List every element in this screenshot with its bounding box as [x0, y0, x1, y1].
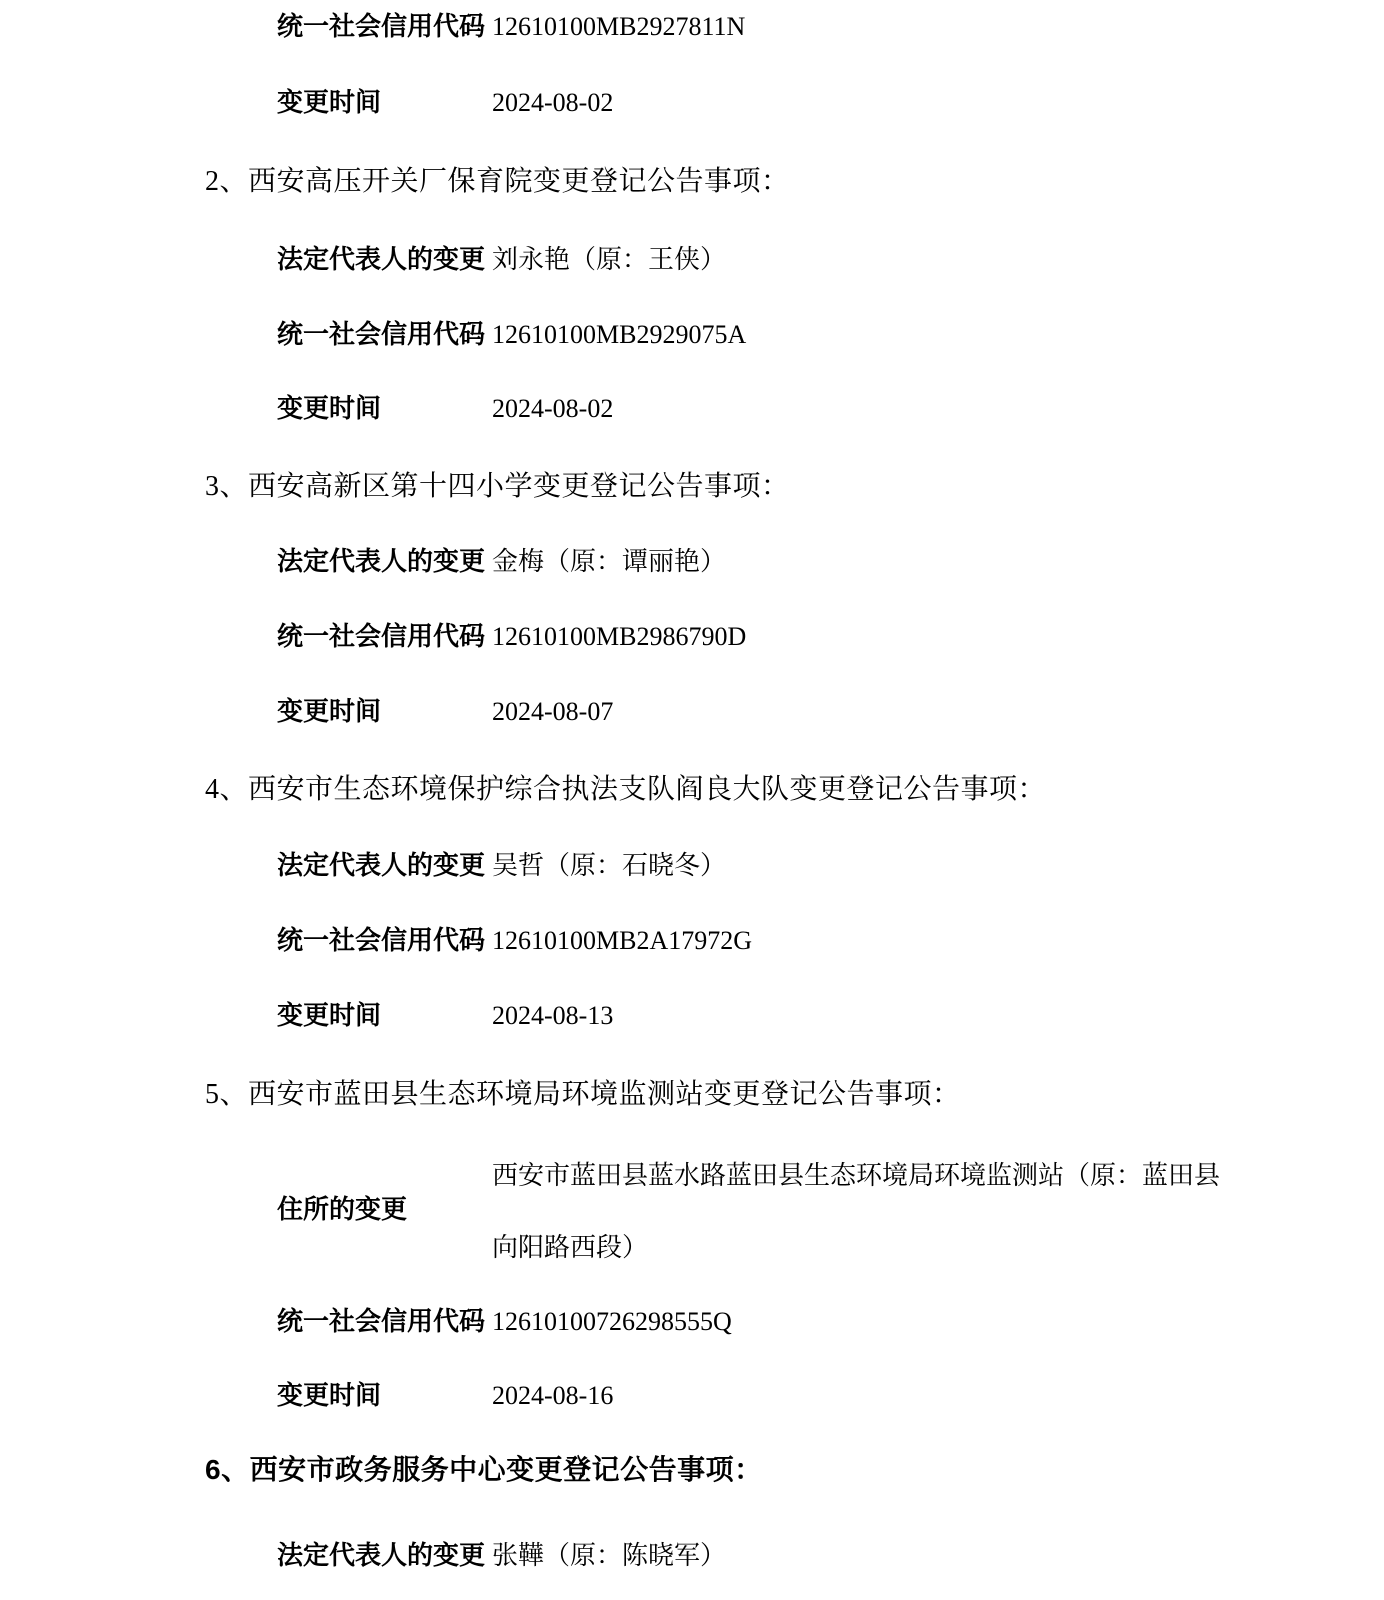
- field-row: 统一社会信用代码 12610100MB2A17972G: [277, 924, 485, 958]
- field-value: 12610100726298555Q: [492, 1305, 732, 1339]
- field-label: 统一社会信用代码: [277, 1305, 485, 1339]
- field-row: 变更时间 2024-08-16: [277, 1379, 381, 1413]
- field-row: 统一社会信用代码 12610100MB2927811N: [277, 10, 485, 44]
- field-label: 统一社会信用代码: [277, 620, 485, 654]
- field-row: 变更时间 2024-08-02: [277, 86, 381, 120]
- field-label: 法定代表人的变更: [277, 243, 485, 277]
- field-row: 变更时间 2024-08-13: [277, 999, 381, 1033]
- item-heading: 6、西安市政务服务中心变更登记公告事项：: [205, 1453, 763, 1487]
- field-value: 西安市蓝田县蓝水路蓝田县生态环境局环境监测站（原：蓝田县向阳路西段）: [492, 1140, 1222, 1284]
- field-row: 统一社会信用代码 12610100726298555Q: [277, 1305, 485, 1339]
- field-value: 2024-08-07: [492, 695, 613, 729]
- field-value: 2024-08-16: [492, 1379, 613, 1413]
- field-label: 变更时间: [277, 392, 381, 426]
- field-row: 统一社会信用代码 12610100MB2986790D: [277, 620, 485, 654]
- item-heading: 2、西安高压开关厂保育院变更登记公告事项：: [205, 165, 790, 199]
- field-label: 统一社会信用代码: [277, 10, 485, 44]
- document-page: 统一社会信用代码 12610100MB2927811N 变更时间 2024-08…: [0, 0, 1384, 1600]
- field-label: 法定代表人的变更: [277, 1539, 485, 1573]
- field-value: 2024-08-02: [492, 86, 613, 120]
- field-row: 法定代表人的变更 金梅（原：谭丽艳）: [277, 545, 485, 579]
- field-row: 法定代表人的变更 刘永艳（原：王侠）: [277, 243, 485, 277]
- field-row: 法定代表人的变更 张鞾（原：陈晓军）: [277, 1539, 485, 1573]
- field-label: 变更时间: [277, 999, 381, 1033]
- field-value: 2024-08-13: [492, 999, 613, 1033]
- field-label: 统一社会信用代码: [277, 924, 485, 958]
- field-label: 变更时间: [277, 1379, 381, 1413]
- field-label: 住所的变更: [277, 1193, 407, 1227]
- field-row: 统一社会信用代码 12610100MB2929075A: [277, 318, 485, 352]
- field-value: 2024-08-02: [492, 392, 613, 426]
- field-value: 12610100MB2929075A: [492, 318, 746, 352]
- field-value: 吴哲（原：石晓冬）: [492, 849, 726, 883]
- item-heading: 3、西安高新区第十四小学变更登记公告事项：: [205, 470, 790, 504]
- field-label: 法定代表人的变更: [277, 849, 485, 883]
- field-value: 金梅（原：谭丽艳）: [492, 545, 726, 579]
- field-label: 统一社会信用代码: [277, 318, 485, 352]
- field-value: 张鞾（原：陈晓军）: [492, 1539, 726, 1573]
- field-value: 12610100MB2927811N: [492, 10, 745, 44]
- item-heading: 5、西安市蓝田县生态环境局环境监测站变更登记公告事项：: [205, 1078, 961, 1112]
- field-value: 刘永艳（原：王侠）: [492, 243, 726, 277]
- field-label: 变更时间: [277, 695, 381, 729]
- field-label: 法定代表人的变更: [277, 545, 485, 579]
- field-value: 12610100MB2A17972G: [492, 924, 752, 958]
- field-row: 变更时间 2024-08-07: [277, 695, 381, 729]
- field-row: 法定代表人的变更 吴哲（原：石晓冬）: [277, 849, 485, 883]
- field-label: 变更时间: [277, 86, 381, 120]
- field-row: 变更时间 2024-08-02: [277, 392, 381, 426]
- item-heading: 4、西安市生态环境保护综合执法支队阎良大队变更登记公告事项：: [205, 773, 1046, 807]
- field-value: 12610100MB2986790D: [492, 620, 746, 654]
